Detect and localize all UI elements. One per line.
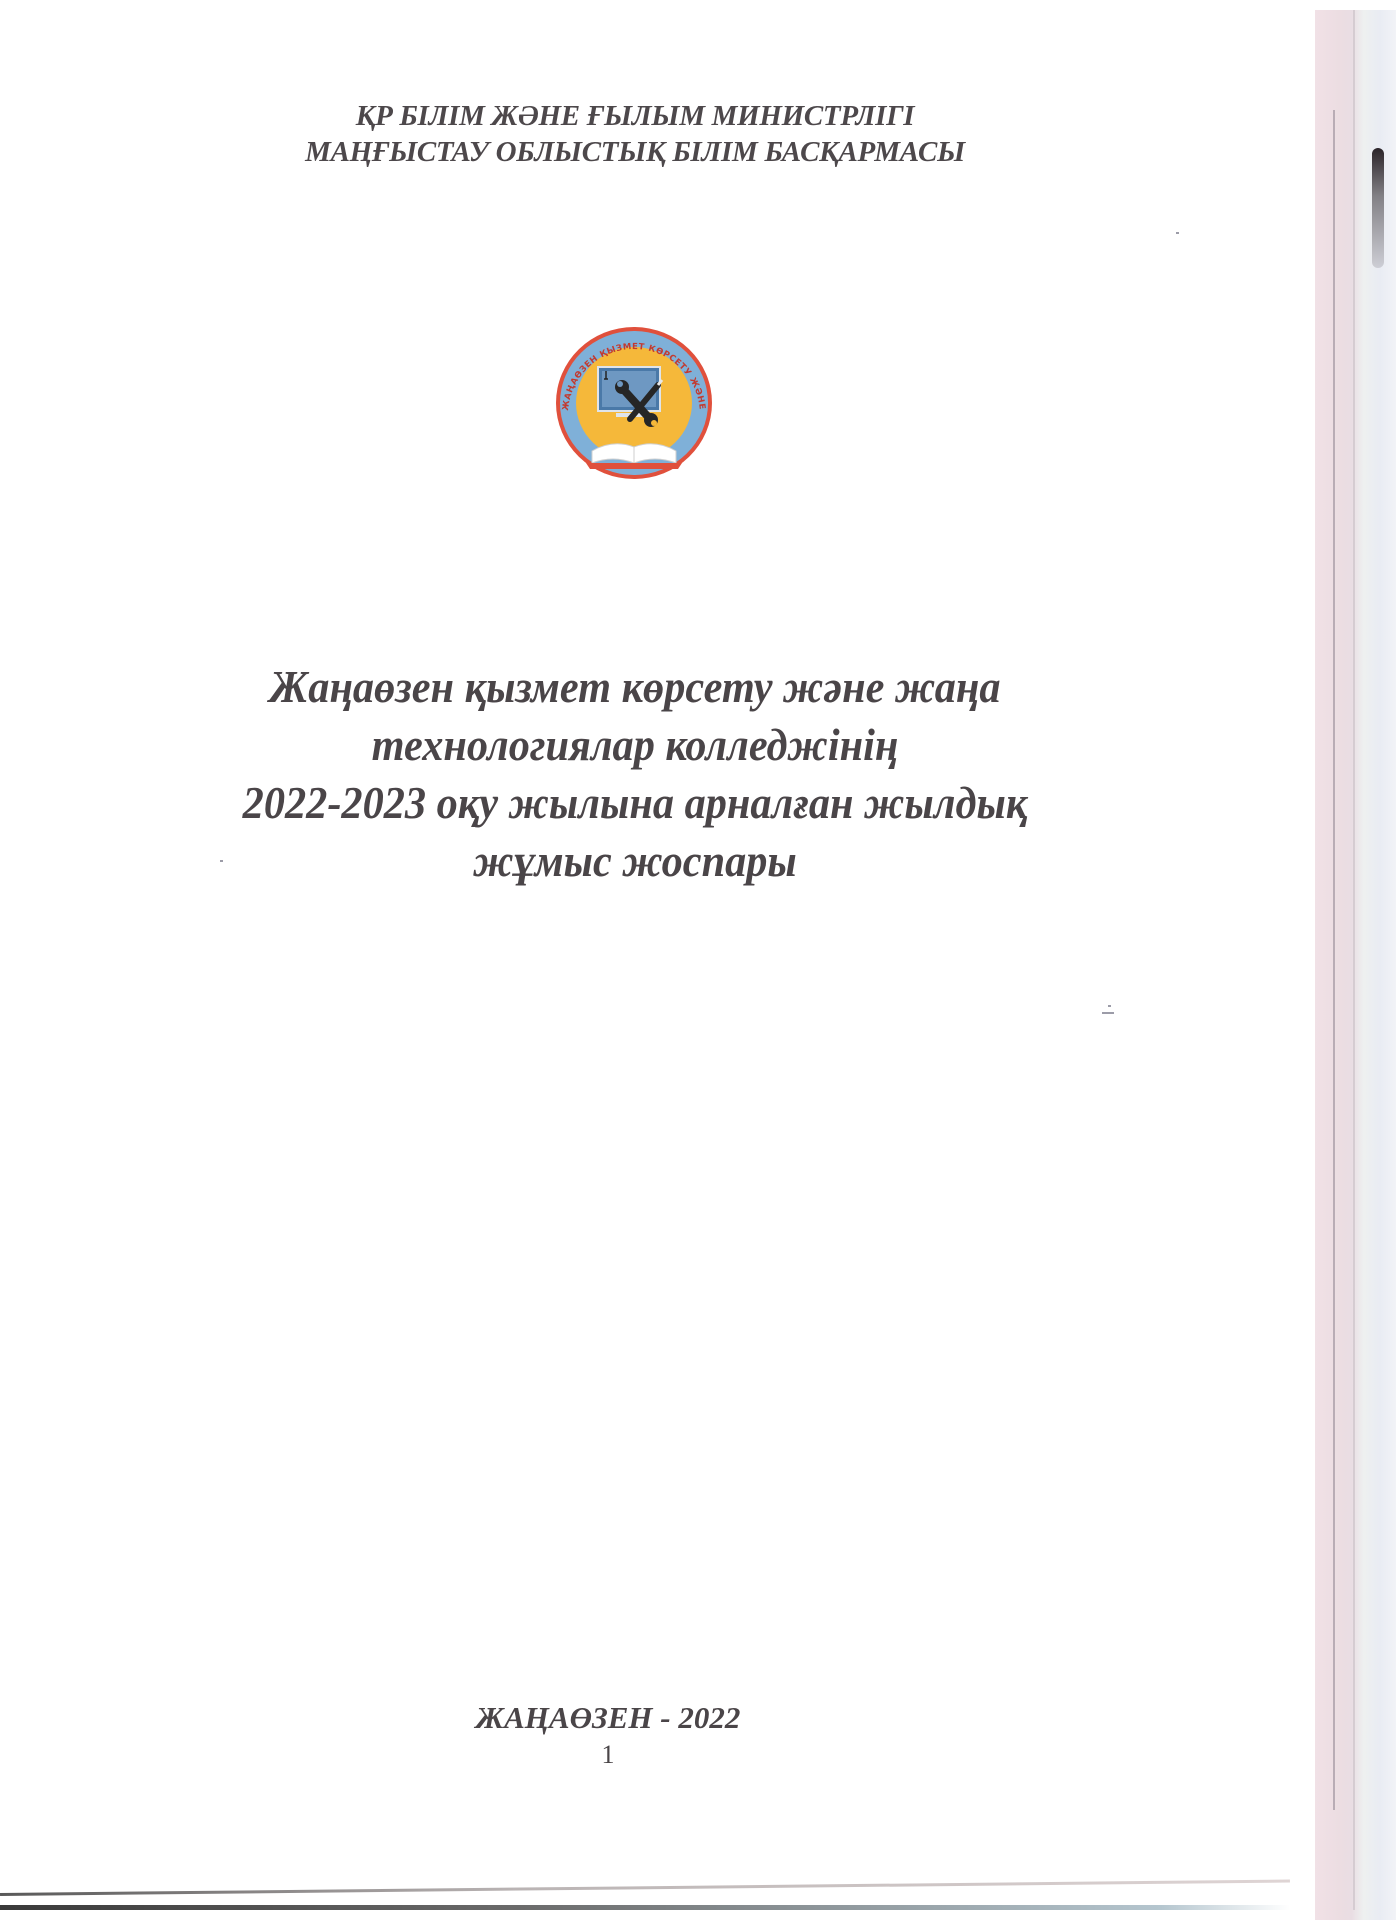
scan-speck <box>220 860 223 862</box>
scan-edge-line <box>0 1905 1290 1910</box>
document-page: ҚР БІЛІМ ЖӘНЕ ҒЫЛЫМ МИНИСТРЛІГІ МАҢҒЫСТА… <box>0 0 1316 1900</box>
college-logo: ЖАҢАӨЗЕН ҚЫЗМЕТ КӨРСЕТУ ЖӘНЕ ЖАҢА ТЕХНОЛ… <box>550 323 718 489</box>
ministry-header: ҚР БІЛІМ ЖӘНЕ ҒЫЛЫМ МИНИСТРЛІГІ МАҢҒЫСТА… <box>0 98 1270 170</box>
title-line: жұмыс жоспары <box>51 832 1219 890</box>
title-line: 2022-2023 оқу жылына арналған жылдық <box>51 774 1219 832</box>
open-book-icon <box>586 444 682 469</box>
scanned-page-edge <box>1315 10 1396 1920</box>
page-number: 1 <box>0 1740 1216 1770</box>
ink-smudge <box>1372 148 1384 268</box>
scan-speck <box>1176 232 1179 234</box>
ministry-name: ҚР БІЛІМ ЖӘНЕ ҒЫЛЫМ МИНИСТРЛІГІ <box>0 98 1270 134</box>
title-line: Жаңаөзен қызмет көрсету және жаңа <box>51 658 1219 716</box>
scan-streak <box>1333 110 1335 1810</box>
scan-speck <box>1102 1012 1114 1014</box>
scan-streak <box>1353 10 1355 1910</box>
college-emblem-icon: ЖАҢАӨЗЕН ҚЫЗМЕТ КӨРСЕТУ ЖӘНЕ ЖАҢА ТЕХНОЛ… <box>550 323 718 489</box>
city-year: ЖАҢАӨЗЕН - 2022 <box>0 1700 1216 1736</box>
document-title: Жаңаөзен қызмет көрсету және жаңа технол… <box>51 658 1219 890</box>
regional-department-name: МАҢҒЫСТАУ ОБЛЫСТЫҚ БІЛІМ БАСҚАРМАСЫ <box>0 134 1270 170</box>
scan-speck <box>1108 1005 1111 1007</box>
title-line: технологиялар колледжінің <box>51 716 1219 774</box>
